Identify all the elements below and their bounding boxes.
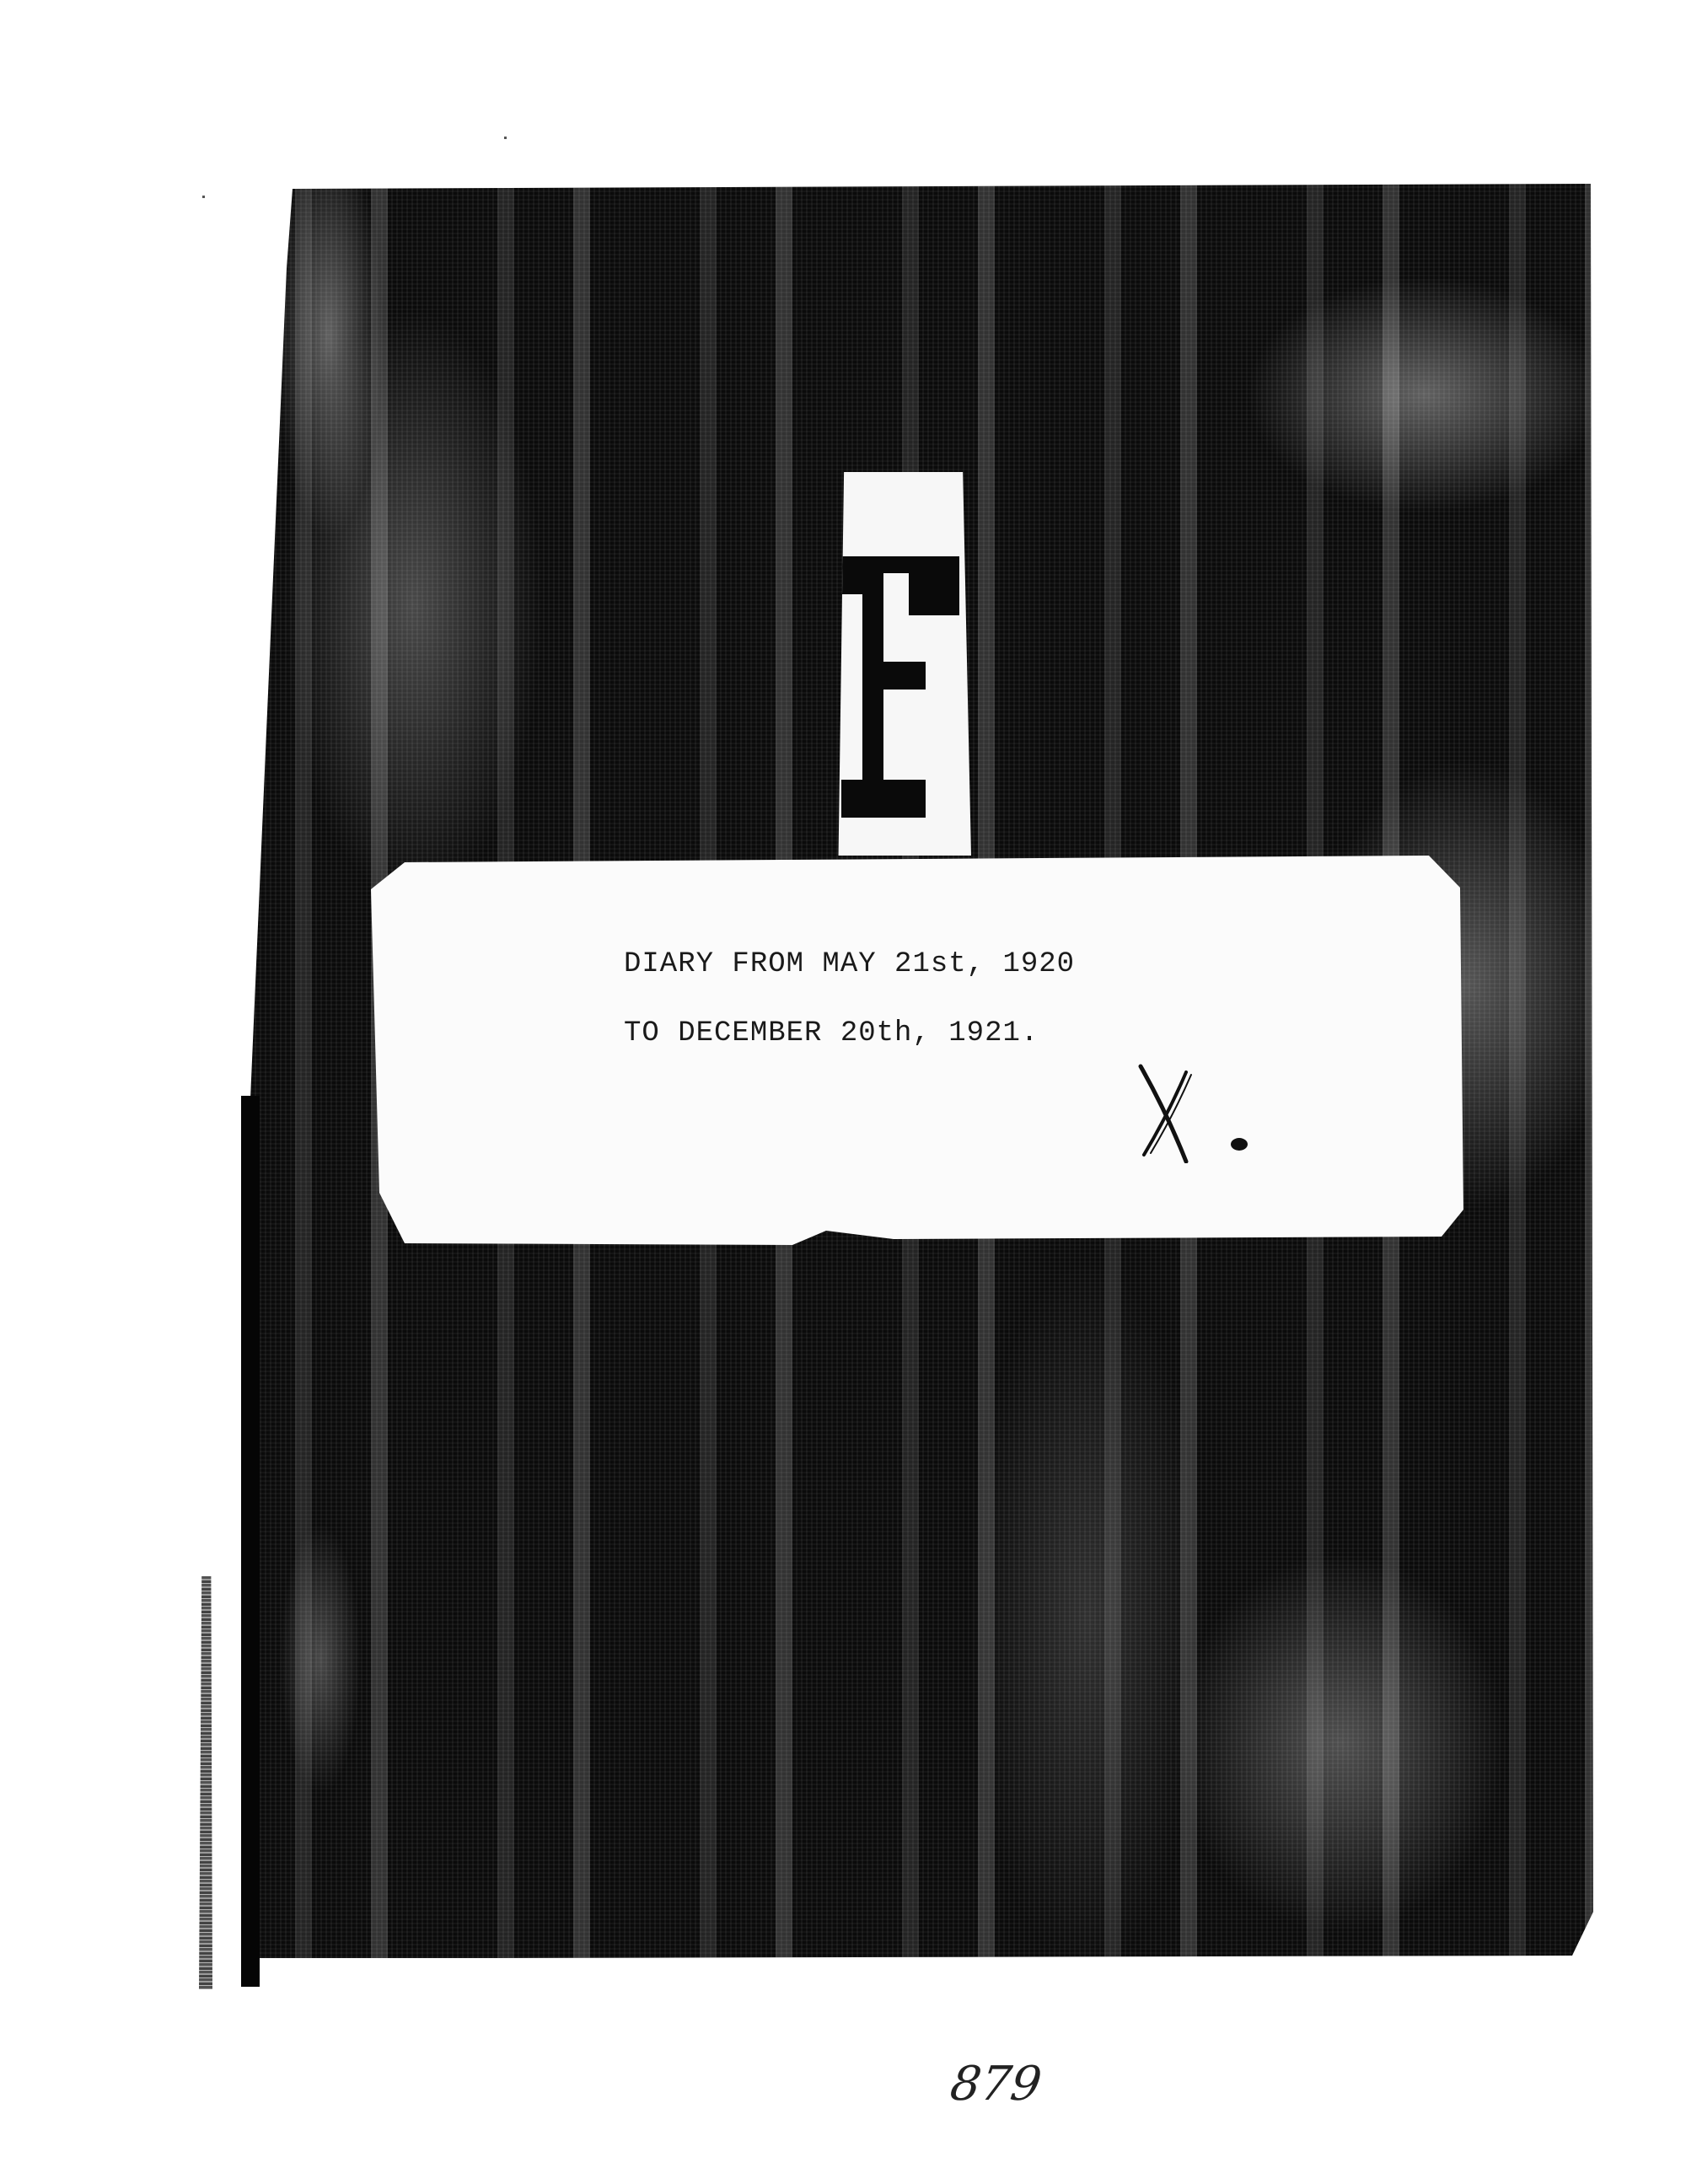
scanned-page: F DIARY FROM MAY 21st, 1920 TO DECEMBER … — [0, 0, 1686, 2184]
cover-label: DIARY FROM MAY 21st, 1920 TO DECEMBER 20… — [371, 856, 1463, 1245]
page-edge-strip — [199, 1576, 212, 1989]
label-title-line-1: DIARY FROM MAY 21st, 1920 — [624, 948, 1075, 980]
label-title-line-2: TO DECEMBER 20th, 1921. — [624, 1017, 1039, 1049]
book-spine — [241, 1096, 260, 1987]
scan-speck — [202, 196, 205, 198]
letter-tab: F — [833, 472, 971, 856]
scan-speck — [504, 137, 507, 139]
handwritten-x-mark — [1134, 1062, 1210, 1163]
ink-dot — [1231, 1138, 1248, 1151]
letter-f-glyph — [833, 556, 971, 834]
page-number: 879 — [947, 2057, 1044, 2112]
